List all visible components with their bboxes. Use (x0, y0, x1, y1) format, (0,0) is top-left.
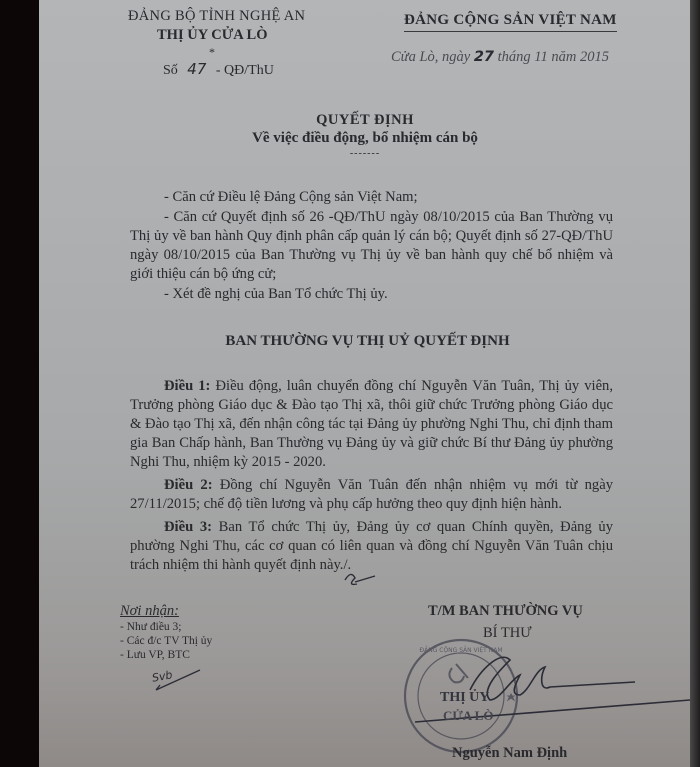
recipient-item: - Lưu VP, BTC (120, 648, 212, 662)
number-handwritten: 47 (187, 60, 206, 78)
document-number: Số 47 - QĐ/ThU (163, 60, 274, 79)
articles: Điều 1: Điều động, luân chuyển đồng chí … (130, 377, 613, 579)
article-label: Điều 3: (164, 519, 212, 535)
header-party: ĐẢNG CỘNG SẢN VIỆT NAM (404, 12, 617, 32)
recipient-item: - Như điều 3; (120, 620, 212, 634)
header-separator: * (209, 45, 215, 60)
basis-item: - Căn cứ Điều lệ Đảng Cộng sản Việt Nam; (130, 188, 613, 207)
article-3: Điều 3: Ban Tổ chức Thị ủy, Đảng ủy cơ q… (130, 518, 613, 575)
article-1: Điều 1: Điều động, luân chuyển đồng chí … (130, 377, 613, 472)
day-handwritten: 27 (474, 49, 494, 65)
article-label: Điều 1: (164, 378, 210, 394)
stamp-text-line-1: THỊ ỦY (440, 690, 489, 706)
header-organization: ĐẢNG BỘ TỈNH NGHỆ AN (128, 8, 305, 25)
signature-on-behalf: T/M BAN THƯỜNG VỤ (428, 603, 583, 620)
header-issuer: THỊ ỦY CỬA LÒ (157, 27, 268, 44)
basis-item: - Xét đề nghị của Ban Tổ chức Thị ủy. (130, 285, 613, 304)
legal-basis: - Căn cứ Điều lệ Đảng Cộng sản Việt Nam;… (130, 188, 613, 305)
document-title: QUYẾT ĐỊNH (0, 112, 700, 129)
place-date-suffix: tháng 11 năm 2015 (498, 49, 609, 65)
number-prefix: Số (163, 63, 178, 78)
signer-name: Nguyễn Nam Định (452, 745, 567, 762)
place-date-prefix: Cửa Lò, ngày (391, 49, 470, 65)
document-subtitle: Về việc điều động, bổ nhiệm cán bộ (0, 130, 700, 147)
recipients: Nơi nhận: - Như điều 3; - Các đ/c TV Thị… (120, 603, 212, 662)
stamp-text-line-2: CỬA LÒ (443, 708, 493, 724)
article-2: Điều 2: Đồng chí Nguyễn Văn Tuân đến nhậ… (130, 476, 613, 514)
decision-heading: BAN THƯỜNG VỤ THỊ UỶ QUYẾT ĐỊNH (0, 333, 700, 350)
recipients-title: Nơi nhận: (120, 603, 212, 620)
signature-position: BÍ THƯ (483, 625, 531, 642)
title-rule: ------- (0, 148, 700, 159)
basis-item: - Căn cứ Quyết định số 26 -QĐ/ThU ngày 0… (130, 208, 613, 284)
place-date: Cửa Lò, ngày 27 tháng 11 năm 2015 (391, 49, 609, 66)
recipient-item: - Các đ/c TV Thị ủy (120, 634, 212, 648)
article-label: Điều 2: (164, 477, 213, 493)
number-suffix: - QĐ/ThU (216, 63, 274, 78)
